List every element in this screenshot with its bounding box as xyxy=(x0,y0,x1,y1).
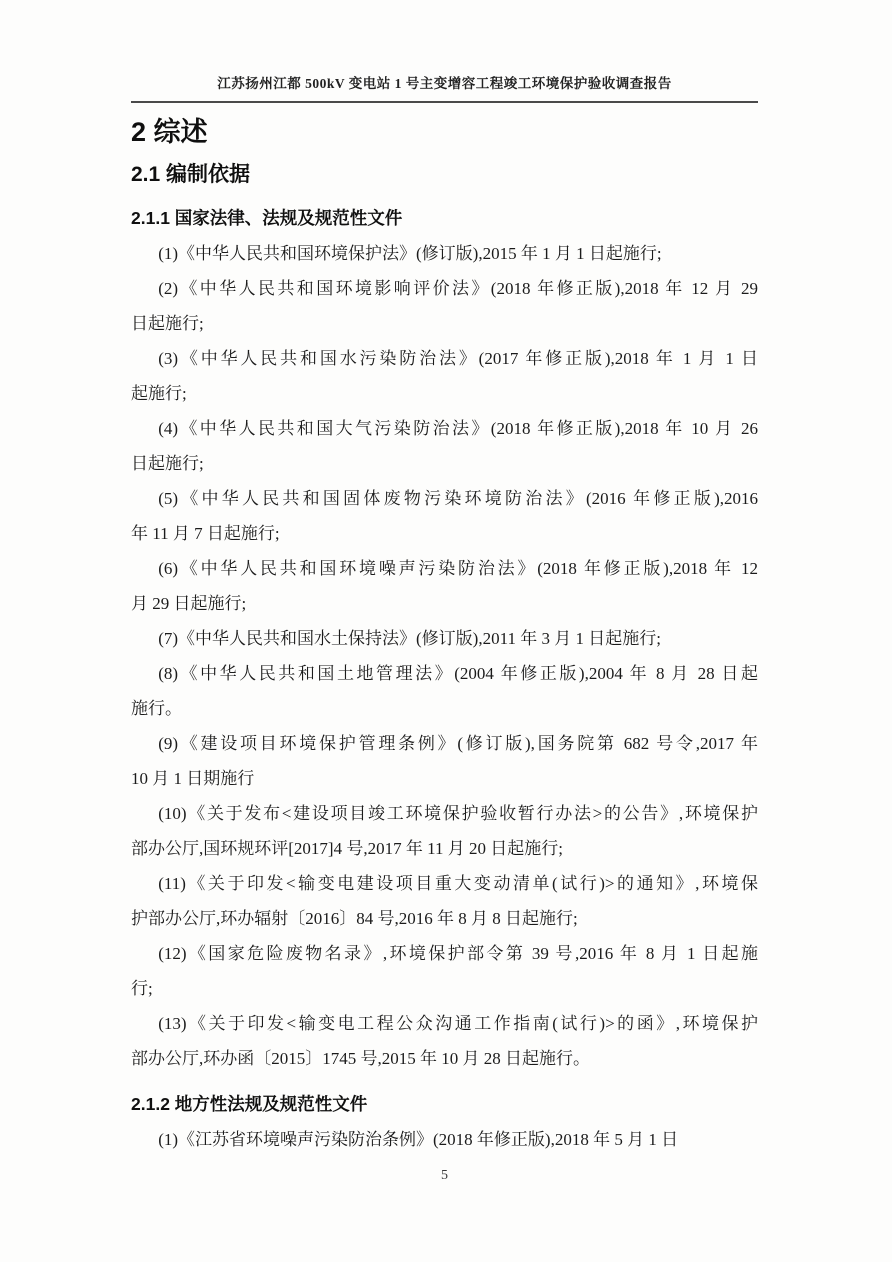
document-page: 江苏扬州江都 500kV 变电站 1 号主变增容工程竣工环境保护验收调查报告 2… xyxy=(0,0,892,1262)
text-line: (1)《江苏省环境噪声污染防治条例》(2018 年修正版),2018 年 5 月… xyxy=(131,1122,758,1157)
text-line: 起施行; xyxy=(131,376,758,411)
text-line: (1)《中华人民共和国环境保护法》(修订版),2015 年 1 月 1 日起施行… xyxy=(131,236,758,271)
paragraph: (6)《中华人民共和国环境噪声污染防治法》(2018 年修正版),2018 年 … xyxy=(131,551,758,621)
text-line: (8)《中华人民共和国土地管理法》(2004 年修正版),2004 年 8 月 … xyxy=(131,656,758,691)
document-content: 2 综述 2.1 编制依据 2.1.1 国家法律、法规及规范性文件(1)《中华人… xyxy=(131,100,758,1157)
text-line: (6)《中华人民共和国环境噪声污染防治法》(2018 年修正版),2018 年 … xyxy=(131,551,758,586)
paragraph: (10)《关于发布<建设项目竣工环境保护验收暂行办法>的公告》,环境保护部办公厅… xyxy=(131,796,758,866)
paragraph: (13)《关于印发<输变电工程公众沟通工作指南(试行)>的函》,环境保护部办公厅… xyxy=(131,1006,758,1076)
paragraph: (12)《国家危险废物名录》,环境保护部令第 39 号,2016 年 8 月 1… xyxy=(131,936,758,1006)
subsection-heading: 2.1.1 国家法律、法规及规范性文件 xyxy=(131,205,758,231)
paragraph: (2)《中华人民共和国环境影响评价法》(2018 年修正版),2018 年 12… xyxy=(131,271,758,341)
text-line: 年 11 月 7 日起施行; xyxy=(131,516,758,551)
text-line: 日起施行; xyxy=(131,446,758,481)
section-title: 2.1 编制依据 xyxy=(131,160,758,190)
text-line: 行; xyxy=(131,971,758,1006)
paragraph: (11)《关于印发<输变电建设项目重大变动清单(试行)>的通知》,环境保护部办公… xyxy=(131,866,758,936)
text-line: (10)《关于发布<建设项目竣工环境保护验收暂行办法>的公告》,环境保护 xyxy=(131,796,758,831)
text-line: (2)《中华人民共和国环境影响评价法》(2018 年修正版),2018 年 12… xyxy=(131,271,758,306)
text-line: 日起施行; xyxy=(131,306,758,341)
text-line: (4)《中华人民共和国大气污染防治法》(2018 年修正版),2018 年 10… xyxy=(131,411,758,446)
text-line: (9)《建设项目环境保护管理条例》(修订版),国务院第 682 号令,2017 … xyxy=(131,726,758,761)
text-line: 护部办公厅,环办辐射〔2016〕84 号,2016 年 8 月 8 日起施行; xyxy=(131,901,758,936)
text-line: 部办公厅,国环规环评[2017]4 号,2017 年 11 月 20 日起施行; xyxy=(131,831,758,866)
text-line: (11)《关于印发<输变电建设项目重大变动清单(试行)>的通知》,环境保 xyxy=(131,866,758,901)
paragraph: (4)《中华人民共和国大气污染防治法》(2018 年修正版),2018 年 10… xyxy=(131,411,758,481)
text-line: (5)《中华人民共和国固体废物污染环境防治法》(2016 年修正版),2016 xyxy=(131,481,758,516)
sections-container: 2.1.1 国家法律、法规及规范性文件(1)《中华人民共和国环境保护法》(修订版… xyxy=(131,205,758,1157)
text-line: (7)《中华人民共和国水土保持法》(修订版),2011 年 3 月 1 日起施行… xyxy=(131,621,758,656)
paragraph: (3)《中华人民共和国水污染防治法》(2017 年修正版),2018 年 1 月… xyxy=(131,341,758,411)
text-line: (12)《国家危险废物名录》,环境保护部令第 39 号,2016 年 8 月 1… xyxy=(131,936,758,971)
text-line: 月 29 日起施行; xyxy=(131,586,758,621)
page-header: 江苏扬州江都 500kV 变电站 1 号主变增容工程竣工环境保护验收调查报告 xyxy=(131,72,758,103)
text-line: (13)《关于印发<输变电工程公众沟通工作指南(试行)>的函》,环境保护 xyxy=(131,1006,758,1041)
paragraph: (7)《中华人民共和国水土保持法》(修订版),2011 年 3 月 1 日起施行… xyxy=(131,621,758,656)
page-number: 5 xyxy=(131,1168,758,1184)
paragraph: (5)《中华人民共和国固体废物污染环境防治法》(2016 年修正版),2016年… xyxy=(131,481,758,551)
text-line: 施行。 xyxy=(131,691,758,726)
chapter-title: 2 综述 xyxy=(131,114,758,150)
paragraph: (9)《建设项目环境保护管理条例》(修订版),国务院第 682 号令,2017 … xyxy=(131,726,758,796)
subsection-heading: 2.1.2 地方性法规及规范性文件 xyxy=(131,1091,758,1117)
text-line: 部办公厅,环办函〔2015〕1745 号,2015 年 10 月 28 日起施行… xyxy=(131,1041,758,1076)
paragraph: (1)《中华人民共和国环境保护法》(修订版),2015 年 1 月 1 日起施行… xyxy=(131,236,758,271)
paragraph: (8)《中华人民共和国土地管理法》(2004 年修正版),2004 年 8 月 … xyxy=(131,656,758,726)
text-line: (3)《中华人民共和国水污染防治法》(2017 年修正版),2018 年 1 月… xyxy=(131,341,758,376)
header-title: 江苏扬州江都 500kV 变电站 1 号主变增容工程竣工环境保护验收调查报告 xyxy=(217,76,672,91)
text-line: 10 月 1 日期施行 xyxy=(131,761,758,796)
paragraph: (1)《江苏省环境噪声污染防治条例》(2018 年修正版),2018 年 5 月… xyxy=(131,1122,758,1157)
